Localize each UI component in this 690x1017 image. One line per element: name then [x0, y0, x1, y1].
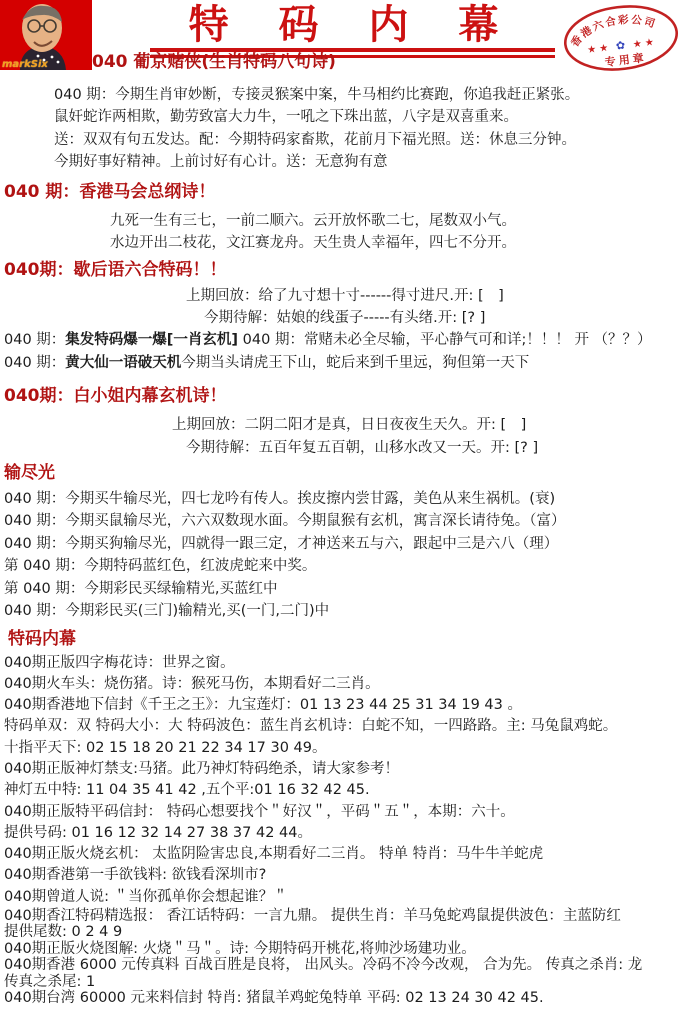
huang-rest: 今期当头请虎王下山，蛇后来到千里远，狗但第一天下 — [181, 355, 529, 371]
stamp-stars-left: ★ ★ — [587, 43, 609, 56]
poem-line: 鼠奸蛇诈两相欺，勤劳致富大力牛，一吼之下珠出蓝，八字是双喜重来。 — [54, 106, 686, 128]
section-heading-baixiaojie: 040期：白小姐内幕玄机诗！ — [4, 384, 686, 408]
riddle-prev-line: 上期回放：给了九寸想十寸------得寸进尺.开: [ ] — [186, 285, 686, 307]
section-heading-shujinguang: 输尽光 — [4, 461, 686, 485]
shujinguang-list: 040 期：今期买牛输尽光，四七龙吟有传人。挨皮擦内尝甘露，美色从来生祸机。(衰… — [4, 488, 686, 622]
tip-line: 040期正版四字梅花诗：世界之窗。 — [4, 653, 686, 674]
tip-line: 040期正版火烧图解: 火烧＂马＂。诗: 今期特码开桃花,将帅沙场建功业。 — [4, 941, 686, 957]
poem-line: 水边开出二枝花，文江赛龙舟。天生贵人幸福年，四七不分开。 — [110, 232, 686, 255]
section-heading-xiehouyu: 040期：歇后语六合特码！！ — [4, 258, 686, 282]
huang-prefix: 040 期： — [4, 355, 65, 371]
tip-line: 第 040 期：今期彩民买绿输精光,买蓝红中 — [4, 578, 686, 600]
tip-line: 040期正版火烧玄机： 太监阴险害忠良,本期看好二三肖。 特单 特肖：马牛牛羊蛇… — [4, 844, 686, 865]
tip-line: 040 期：今期买狗输尽光，四就得一跟三定，才神送来五与六，跟起中三是六八（理） — [4, 533, 686, 555]
page-title: 特 码 内 幕 — [150, 0, 555, 48]
poem-line: 040 期：今期生肖审妙断，专接灵猴案中案，牛马相约比赛跑，你追我赶正紧张。 — [54, 84, 686, 106]
tip-line: 040期香港 6000 元传真料 百战百胜是良将， 出风头。冷码不冷今改观， 合… — [4, 957, 686, 973]
tip-line: 040 期：今期买牛输尽光，四七龙吟有传人。挨皮擦内尝甘露，美色从来生祸机。(衰… — [4, 488, 686, 510]
content: 040 葡京赌侠(生肖特码八句诗) 040 期：今期生肖审妙断，专接灵猴案中案，… — [0, 50, 690, 1007]
tip-line: 提供尾数: 0 2 4 9 — [4, 924, 686, 940]
tip-line: 040期香港第一手欲钱料: 欲钱看深圳市? — [4, 865, 686, 886]
mark-six-logo: markSix — [0, 0, 92, 70]
tip-line: 传真之杀尾: 1 — [4, 974, 686, 990]
jifa-rest: 040 期：常赌未必全尽输，平心静气可和详;！！！ 开 （？？） — [238, 332, 652, 348]
jifa-prefix: 040 期： — [4, 332, 65, 348]
tip-line: 040期正版神灯禁支:马猪。此乃神灯特码绝杀，请大家参考！ — [4, 759, 686, 780]
tip-line: 040 期：今期买鼠输尽光，六六双数现水面。今期鼠猴有玄机，寓言深长请待兔。（富… — [4, 510, 686, 532]
tip-line: 040期香港地下信封《千王之王》：九宝莲灯：01 13 23 44 25 31 … — [4, 695, 686, 716]
riddle-current-line: 今期待解：五百年复五百朝，山移水改又一天。开: [? ] — [186, 437, 686, 459]
logo-caption: markSix — [2, 59, 48, 70]
tip-line: 040期曾道人说: ＂当你孤单你会想起谁？＂ — [4, 887, 686, 908]
jifa-bold-text: 集发特码爆一爆[一肖玄机] — [65, 332, 238, 348]
riddle-current-line: 今期待解：姑娘的线蛋子-----有头绪.开: [? ] — [204, 307, 686, 329]
stamp-flower-icon: ✿ — [615, 39, 626, 53]
tip-line: 第 040 期：今期特码蓝红色，红波虎蛇来中奖。 — [4, 555, 686, 577]
tip-line: 040 期：今期彩民买(三门)输精光,买(一门,二门)中 — [4, 600, 686, 622]
section-heading-zonggang: 040 期：香港马会总纲诗！ — [4, 180, 686, 204]
riddle-prev-line: 上期回放：二阴二阳才是真，日日夜夜生天久。开: [ ] — [172, 414, 686, 436]
tip-line: 提供号码: 01 16 12 32 14 27 38 37 42 44。 — [4, 823, 686, 844]
tip-line: 特码单双：双 特码大小：大 特码波色：蓝生肖玄机诗：白蛇不知，一四路路。主: 马… — [4, 716, 686, 737]
huang-bold-text: 黄大仙一语破天机 — [65, 355, 181, 371]
tip-line: 神灯五中特: 11 04 35 41 42 ,五个平:01 16 32 42 4… — [4, 780, 686, 801]
stamp-stars-right: ★ ★ — [632, 37, 654, 50]
poem-line: 九死一生有三七，一前二顺六。云开放怀歌二七，尾数双小气。 — [110, 210, 686, 233]
pujing-poem: 040 期：今期生肖审妙断，专接灵猴案中案，牛马相约比赛跑，你追我赶正紧张。 鼠… — [54, 84, 686, 174]
poem-line: 今期好事好精神。上前讨好有心计。送：无意狗有意 — [54, 151, 686, 173]
jifa-line: 040 期：集发特码爆一爆[一肖玄机] 040 期：常赌未必全尽输，平心静气可和… — [4, 329, 686, 351]
tip-line: 十指平天下: 02 15 18 20 21 22 34 17 30 49。 — [4, 738, 686, 759]
poem-line: 送：双双有句五发达。配：今期特码家畜欺，花前月下福光照。送：休息三分钟。 — [54, 129, 686, 151]
tip-line: 040期火车头：烧伤猪。诗：猴死马伤，本期看好二三肖。 — [4, 674, 686, 695]
huangdaxian-line: 040 期：黄大仙一语破天机今期当头请虎王下山，蛇后来到千里远，狗但第一天下 — [4, 352, 686, 374]
tip-line: 040期台湾 60000 元来料信封 特肖: 猪鼠羊鸡蛇兔特单 平码: 02 1… — [4, 990, 686, 1006]
neimu-list: 040期正版四字梅花诗：世界之窗。 040期火车头：烧伤猪。诗：猴死马伤，本期看… — [4, 653, 686, 1007]
section-heading-neimu: 特码内幕 — [8, 627, 686, 651]
tip-line: 040期正版特平码信封： 特码心想要找个＂好汉＂，平码＂五＂，本期：六十。 — [4, 802, 686, 823]
tip-line: 040期香江特码精选报： 香江话特码：一言九鼎。 提供生肖：羊马兔蛇鸡鼠提供波色… — [4, 908, 686, 924]
zonggang-poem: 九死一生有三七，一前二顺六。云开放怀歌二七，尾数双小气。 水边开出二枝花，文江赛… — [110, 210, 686, 255]
